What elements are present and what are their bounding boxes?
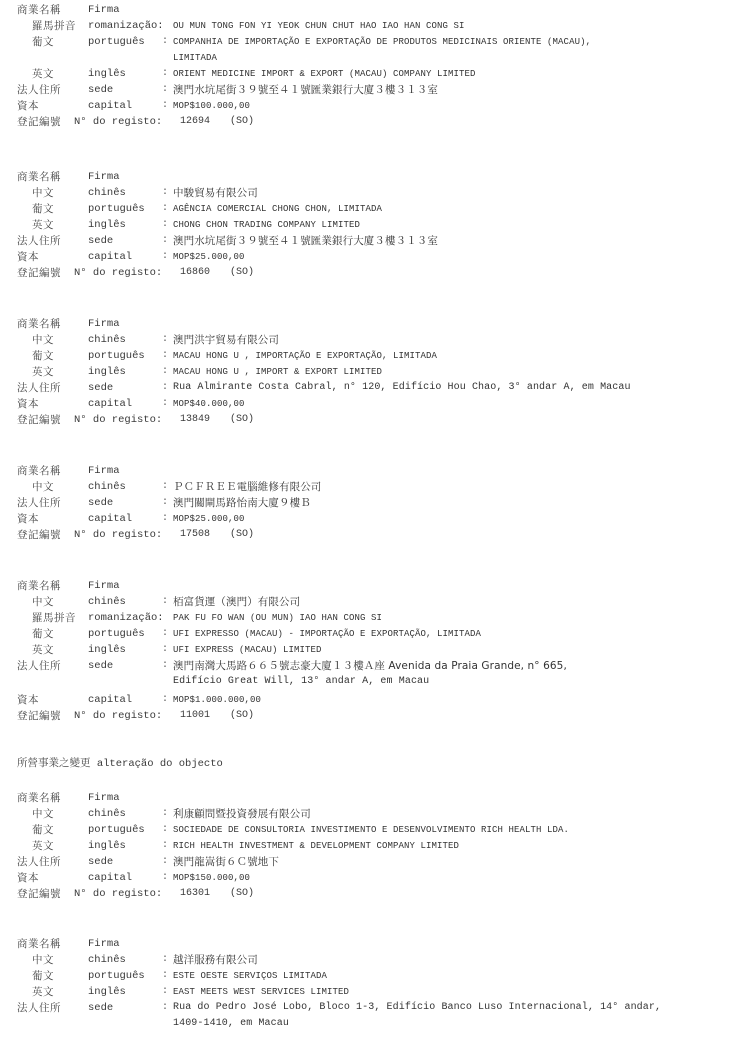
- colon: :: [162, 594, 168, 610]
- ingles-label-zh: 英文: [32, 838, 54, 854]
- colon: :: [162, 838, 168, 854]
- colon: :: [162, 380, 168, 396]
- firma-label-pt: Firma: [88, 463, 120, 479]
- firma-label-zh: 商業名稱: [17, 790, 61, 806]
- portugues-label-pt: português: [88, 626, 145, 642]
- portugues-label-zh: 葡文: [32, 34, 54, 50]
- sede-value-cont: Edifício Great Will, 13° andar A, em Mac…: [173, 674, 429, 690]
- colon: :: [162, 98, 168, 114]
- colon: :: [162, 870, 168, 886]
- company-entry-7: 商業名稱Firma 中文chinês:越洋服務有限公司 葡文português:…: [0, 936, 732, 1032]
- sede-value: 澳門關閘馬路怡南大廈９樓Ｂ: [173, 495, 311, 511]
- ingles-label-pt: inglês: [88, 66, 126, 82]
- portugues-value: UFI EXPRESSO (MACAU) - IMPORTAÇÃO E EXPO…: [173, 626, 481, 642]
- portugues-label-zh: 葡文: [32, 822, 54, 838]
- capital-label-zh: 資本: [17, 511, 39, 527]
- portugues-label-pt: português: [88, 201, 145, 217]
- ingles-value: CHONG CHON TRADING COMPANY LIMITED: [173, 217, 360, 233]
- capital-label-pt: capital: [88, 870, 132, 886]
- registo-label-pt: N° do registo:: [74, 886, 162, 902]
- colon: :: [162, 479, 168, 495]
- colon: :: [162, 201, 168, 217]
- chines-label-pt: chinês: [88, 806, 126, 822]
- sede-label-zh: 法人住所: [17, 1000, 61, 1016]
- ingles-label-zh: 英文: [32, 642, 54, 658]
- registo-number: 16301: [180, 886, 210, 902]
- colon: :: [162, 692, 168, 708]
- romanizacao-value: OU MUN TONG FON YI YEOK CHUN CHUT HAO IA…: [173, 18, 465, 34]
- romanizacao-label-zh: 羅馬拼音: [32, 18, 76, 34]
- ingles-value: MACAU HONG U , IMPORT & EXPORT LIMITED: [173, 364, 382, 380]
- sede-label-zh: 法人住所: [17, 380, 61, 396]
- colon: :: [162, 968, 168, 984]
- ingles-label-pt: inglês: [88, 364, 126, 380]
- portugues-label-zh: 葡文: [32, 626, 54, 642]
- chines-label-pt: chinês: [88, 332, 126, 348]
- ingles-label-zh: 英文: [32, 364, 54, 380]
- company-entry-3: 商業名稱Firma 中文chinês:澳門洪宇貿易有限公司 葡文portuguê…: [0, 316, 732, 428]
- colon: :: [162, 396, 168, 412]
- sede-label-pt: sede: [88, 658, 113, 674]
- colon: :: [162, 82, 168, 98]
- ingles-label-pt: inglês: [88, 984, 126, 1000]
- colon: :: [162, 854, 168, 870]
- registo-number: 12694: [180, 114, 210, 130]
- registo-number: 11001: [180, 708, 210, 724]
- ingles-label-zh: 英文: [32, 217, 54, 233]
- registo-suffix: (SO): [230, 527, 254, 543]
- company-entry-1: 商業名稱Firma 羅馬拼音romanização:OU MUN TONG FO…: [0, 2, 732, 130]
- chines-label-zh: 中文: [32, 594, 54, 610]
- sede-label-pt: sede: [88, 854, 113, 870]
- capital-label-zh: 資本: [17, 98, 39, 114]
- registo-label-zh: 登記編號: [17, 114, 61, 130]
- ingles-label-pt: inglês: [88, 217, 126, 233]
- capital-value: MOP$1.000.000,00: [173, 692, 261, 708]
- colon: :: [162, 626, 168, 642]
- registo-number: 13849: [180, 412, 210, 428]
- colon: :: [162, 364, 168, 380]
- portugues-value: AGÊNCIA COMERCIAL CHONG CHON, LIMITADA: [173, 201, 382, 217]
- colon: :: [162, 658, 168, 674]
- ingles-label-pt: inglês: [88, 642, 126, 658]
- section-note: 所營事業之變更 alteração do objecto: [0, 755, 732, 771]
- chines-value: ＰＣＦＲＥＥ電腦維修有限公司: [173, 479, 321, 495]
- registo-suffix: (SO): [230, 265, 254, 281]
- capital-label-zh: 資本: [17, 692, 39, 708]
- colon: :: [162, 952, 168, 968]
- colon: :: [162, 495, 168, 511]
- chines-value: 利康顧問暨投資發展有限公司: [173, 806, 311, 822]
- chines-value: 越洋服務有限公司: [173, 952, 258, 968]
- chines-value: 栢富貨運（澳門）有限公司: [173, 594, 300, 610]
- sede-value: 澳門水坑尾街３９號至４１號匯業銀行大廈３樓３１３室: [173, 82, 438, 98]
- section-note-zh: 所營事業之變更: [17, 757, 91, 769]
- colon: :: [162, 332, 168, 348]
- company-entry-5: 商業名稱Firma 中文chinês:栢富貨運（澳門）有限公司 羅馬拼音roma…: [0, 578, 732, 724]
- colon: :: [162, 217, 168, 233]
- sede-label-pt: sede: [88, 1000, 113, 1016]
- portugues-label-zh: 葡文: [32, 348, 54, 364]
- firma-label-zh: 商業名稱: [17, 2, 61, 18]
- portugues-label-pt: português: [88, 822, 145, 838]
- sede-value: 澳門南灣大馬路６６５號志豪大廈１３樓Ａ座 Avenida da Praia Gr…: [173, 658, 567, 674]
- colon: :: [162, 1000, 168, 1016]
- capital-label-pt: capital: [88, 249, 132, 265]
- chines-label-zh: 中文: [32, 952, 54, 968]
- sede-value: 澳門水坑尾街３９號至４１號匯業銀行大廈３樓３１３室: [173, 233, 438, 249]
- sede-label-pt: sede: [88, 495, 113, 511]
- sede-value-cont: 1409-1410, em Macau: [173, 1016, 289, 1032]
- sede-value: Rua Almirante Costa Cabral, n° 120, Edif…: [173, 380, 631, 396]
- firma-label-zh: 商業名稱: [17, 316, 61, 332]
- capital-label-pt: capital: [88, 98, 132, 114]
- capital-label-zh: 資本: [17, 249, 39, 265]
- colon: :: [162, 984, 168, 1000]
- capital-value: MOP$40.000,00: [173, 396, 245, 412]
- ingles-label-zh: 英文: [32, 66, 54, 82]
- capital-value: MOP$100.000,00: [173, 98, 250, 114]
- sede-label-zh: 法人住所: [17, 658, 61, 674]
- portugues-value: COMPANHIA DE IMPORTAÇÃO E EXPORTAÇÃO DE …: [173, 34, 591, 50]
- sede-label-pt: sede: [88, 82, 113, 98]
- firma-label-zh: 商業名稱: [17, 169, 61, 185]
- sede-label-zh: 法人住所: [17, 854, 61, 870]
- colon: :: [162, 511, 168, 527]
- sede-label-zh: 法人住所: [17, 82, 61, 98]
- chines-label-pt: chinês: [88, 594, 126, 610]
- chines-label-pt: chinês: [88, 185, 126, 201]
- registo-number: 17508: [180, 527, 210, 543]
- registo-suffix: (SO): [230, 708, 254, 724]
- sede-label-pt: sede: [88, 380, 113, 396]
- firma-label-pt: Firma: [88, 2, 120, 18]
- capital-label-pt: capital: [88, 692, 132, 708]
- registo-label-zh: 登記編號: [17, 265, 61, 281]
- registo-label-zh: 登記編號: [17, 708, 61, 724]
- firma-label-pt: Firma: [88, 316, 120, 332]
- colon: :: [162, 822, 168, 838]
- ingles-label-pt: inglês: [88, 838, 126, 854]
- colon: :: [162, 185, 168, 201]
- colon: :: [162, 642, 168, 658]
- chines-value: 澳門洪宇貿易有限公司: [173, 332, 279, 348]
- registo-label-pt: N° do registo:: [74, 708, 162, 724]
- firma-label-zh: 商業名稱: [17, 578, 61, 594]
- romanizacao-label-pt: romanização:: [88, 610, 164, 626]
- sede-value: 澳門龍嵩街６Ｃ號地下: [173, 854, 279, 870]
- registo-label-pt: N° do registo:: [74, 265, 162, 281]
- capital-label-zh: 資本: [17, 870, 39, 886]
- firma-label-pt: Firma: [88, 578, 120, 594]
- capital-value: MOP$150.000,00: [173, 870, 250, 886]
- registo-label-pt: N° do registo:: [74, 114, 162, 130]
- ingles-value: UFI EXPRESS (MACAU) LIMITED: [173, 642, 322, 658]
- portugues-label-pt: português: [88, 348, 145, 364]
- colon: :: [162, 348, 168, 364]
- registo-number: 16860: [180, 265, 210, 281]
- portugues-label-zh: 葡文: [32, 968, 54, 984]
- capital-value: MOP$25.000,00: [173, 511, 245, 527]
- registo-suffix: (SO): [230, 114, 254, 130]
- ingles-value: ORIENT MEDICINE IMPORT & EXPORT (MACAU) …: [173, 66, 476, 82]
- portugues-value: SOCIEDADE DE CONSULTORIA INVESTIMENTO E …: [173, 822, 569, 838]
- capital-label-pt: capital: [88, 396, 132, 412]
- colon: :: [162, 233, 168, 249]
- capital-label-zh: 資本: [17, 396, 39, 412]
- colon: :: [162, 806, 168, 822]
- portugues-value: MACAU HONG U , IMPORTAÇÃO E EXPORTAÇÃO, …: [173, 348, 437, 364]
- colon: :: [162, 66, 168, 82]
- registry-page: 商業名稱Firma 羅馬拼音romanização:OU MUN TONG FO…: [0, 0, 732, 1044]
- romanizacao-label-zh: 羅馬拼音: [32, 610, 76, 626]
- firma-label-zh: 商業名稱: [17, 936, 61, 952]
- firma-label-pt: Firma: [88, 936, 120, 952]
- chines-label-zh: 中文: [32, 479, 54, 495]
- registo-label-zh: 登記編號: [17, 527, 61, 543]
- chines-label-zh: 中文: [32, 185, 54, 201]
- romanizacao-value: PAK FU FO WAN (OU MUN) IAO HAN CONG SI: [173, 610, 382, 626]
- portugues-value: ESTE OESTE SERVIÇOS LIMITADA: [173, 968, 327, 984]
- capital-value: MOP$25.000,00: [173, 249, 245, 265]
- colon: :: [162, 34, 168, 50]
- chines-label-zh: 中文: [32, 806, 54, 822]
- section-note-pt: alteração do objecto: [97, 758, 223, 770]
- portugues-value-cont: LIMITADA: [173, 50, 217, 66]
- sede-label-zh: 法人住所: [17, 233, 61, 249]
- ingles-label-zh: 英文: [32, 984, 54, 1000]
- portugues-label-pt: português: [88, 34, 145, 50]
- chines-value: 中駿貿易有限公司: [173, 185, 258, 201]
- company-entry-6: 商業名稱Firma 中文chinês:利康顧問暨投資發展有限公司 葡文portu…: [0, 790, 732, 902]
- company-entry-2: 商業名稱Firma 中文chinês:中駿貿易有限公司 葡文português:…: [0, 169, 732, 281]
- firma-label-zh: 商業名稱: [17, 463, 61, 479]
- colon: :: [162, 249, 168, 265]
- chines-label-pt: chinês: [88, 952, 126, 968]
- firma-label-pt: Firma: [88, 169, 120, 185]
- registo-label-zh: 登記編號: [17, 886, 61, 902]
- registo-label-zh: 登記編號: [17, 412, 61, 428]
- firma-label-pt: Firma: [88, 790, 120, 806]
- company-entry-4: 商業名稱Firma 中文chinês:ＰＣＦＲＥＥ電腦維修有限公司 法人住所se…: [0, 463, 732, 543]
- ingles-value: RICH HEALTH INVESTMENT & DEVELOPMENT COM…: [173, 838, 459, 854]
- sede-label-pt: sede: [88, 233, 113, 249]
- registo-suffix: (SO): [230, 886, 254, 902]
- registo-label-pt: N° do registo:: [74, 412, 162, 428]
- registo-label-pt: N° do registo:: [74, 527, 162, 543]
- portugues-label-zh: 葡文: [32, 201, 54, 217]
- registo-suffix: (SO): [230, 412, 254, 428]
- sede-value: Rua do Pedro José Lobo, Bloco 1-3, Edifí…: [173, 1000, 661, 1016]
- capital-label-pt: capital: [88, 511, 132, 527]
- sede-label-zh: 法人住所: [17, 495, 61, 511]
- portugues-label-pt: português: [88, 968, 145, 984]
- romanizacao-label-pt: romanização:: [88, 18, 164, 34]
- chines-label-pt: chinês: [88, 479, 126, 495]
- chines-label-zh: 中文: [32, 332, 54, 348]
- ingles-value: EAST MEETS WEST SERVICES LIMITED: [173, 984, 349, 1000]
